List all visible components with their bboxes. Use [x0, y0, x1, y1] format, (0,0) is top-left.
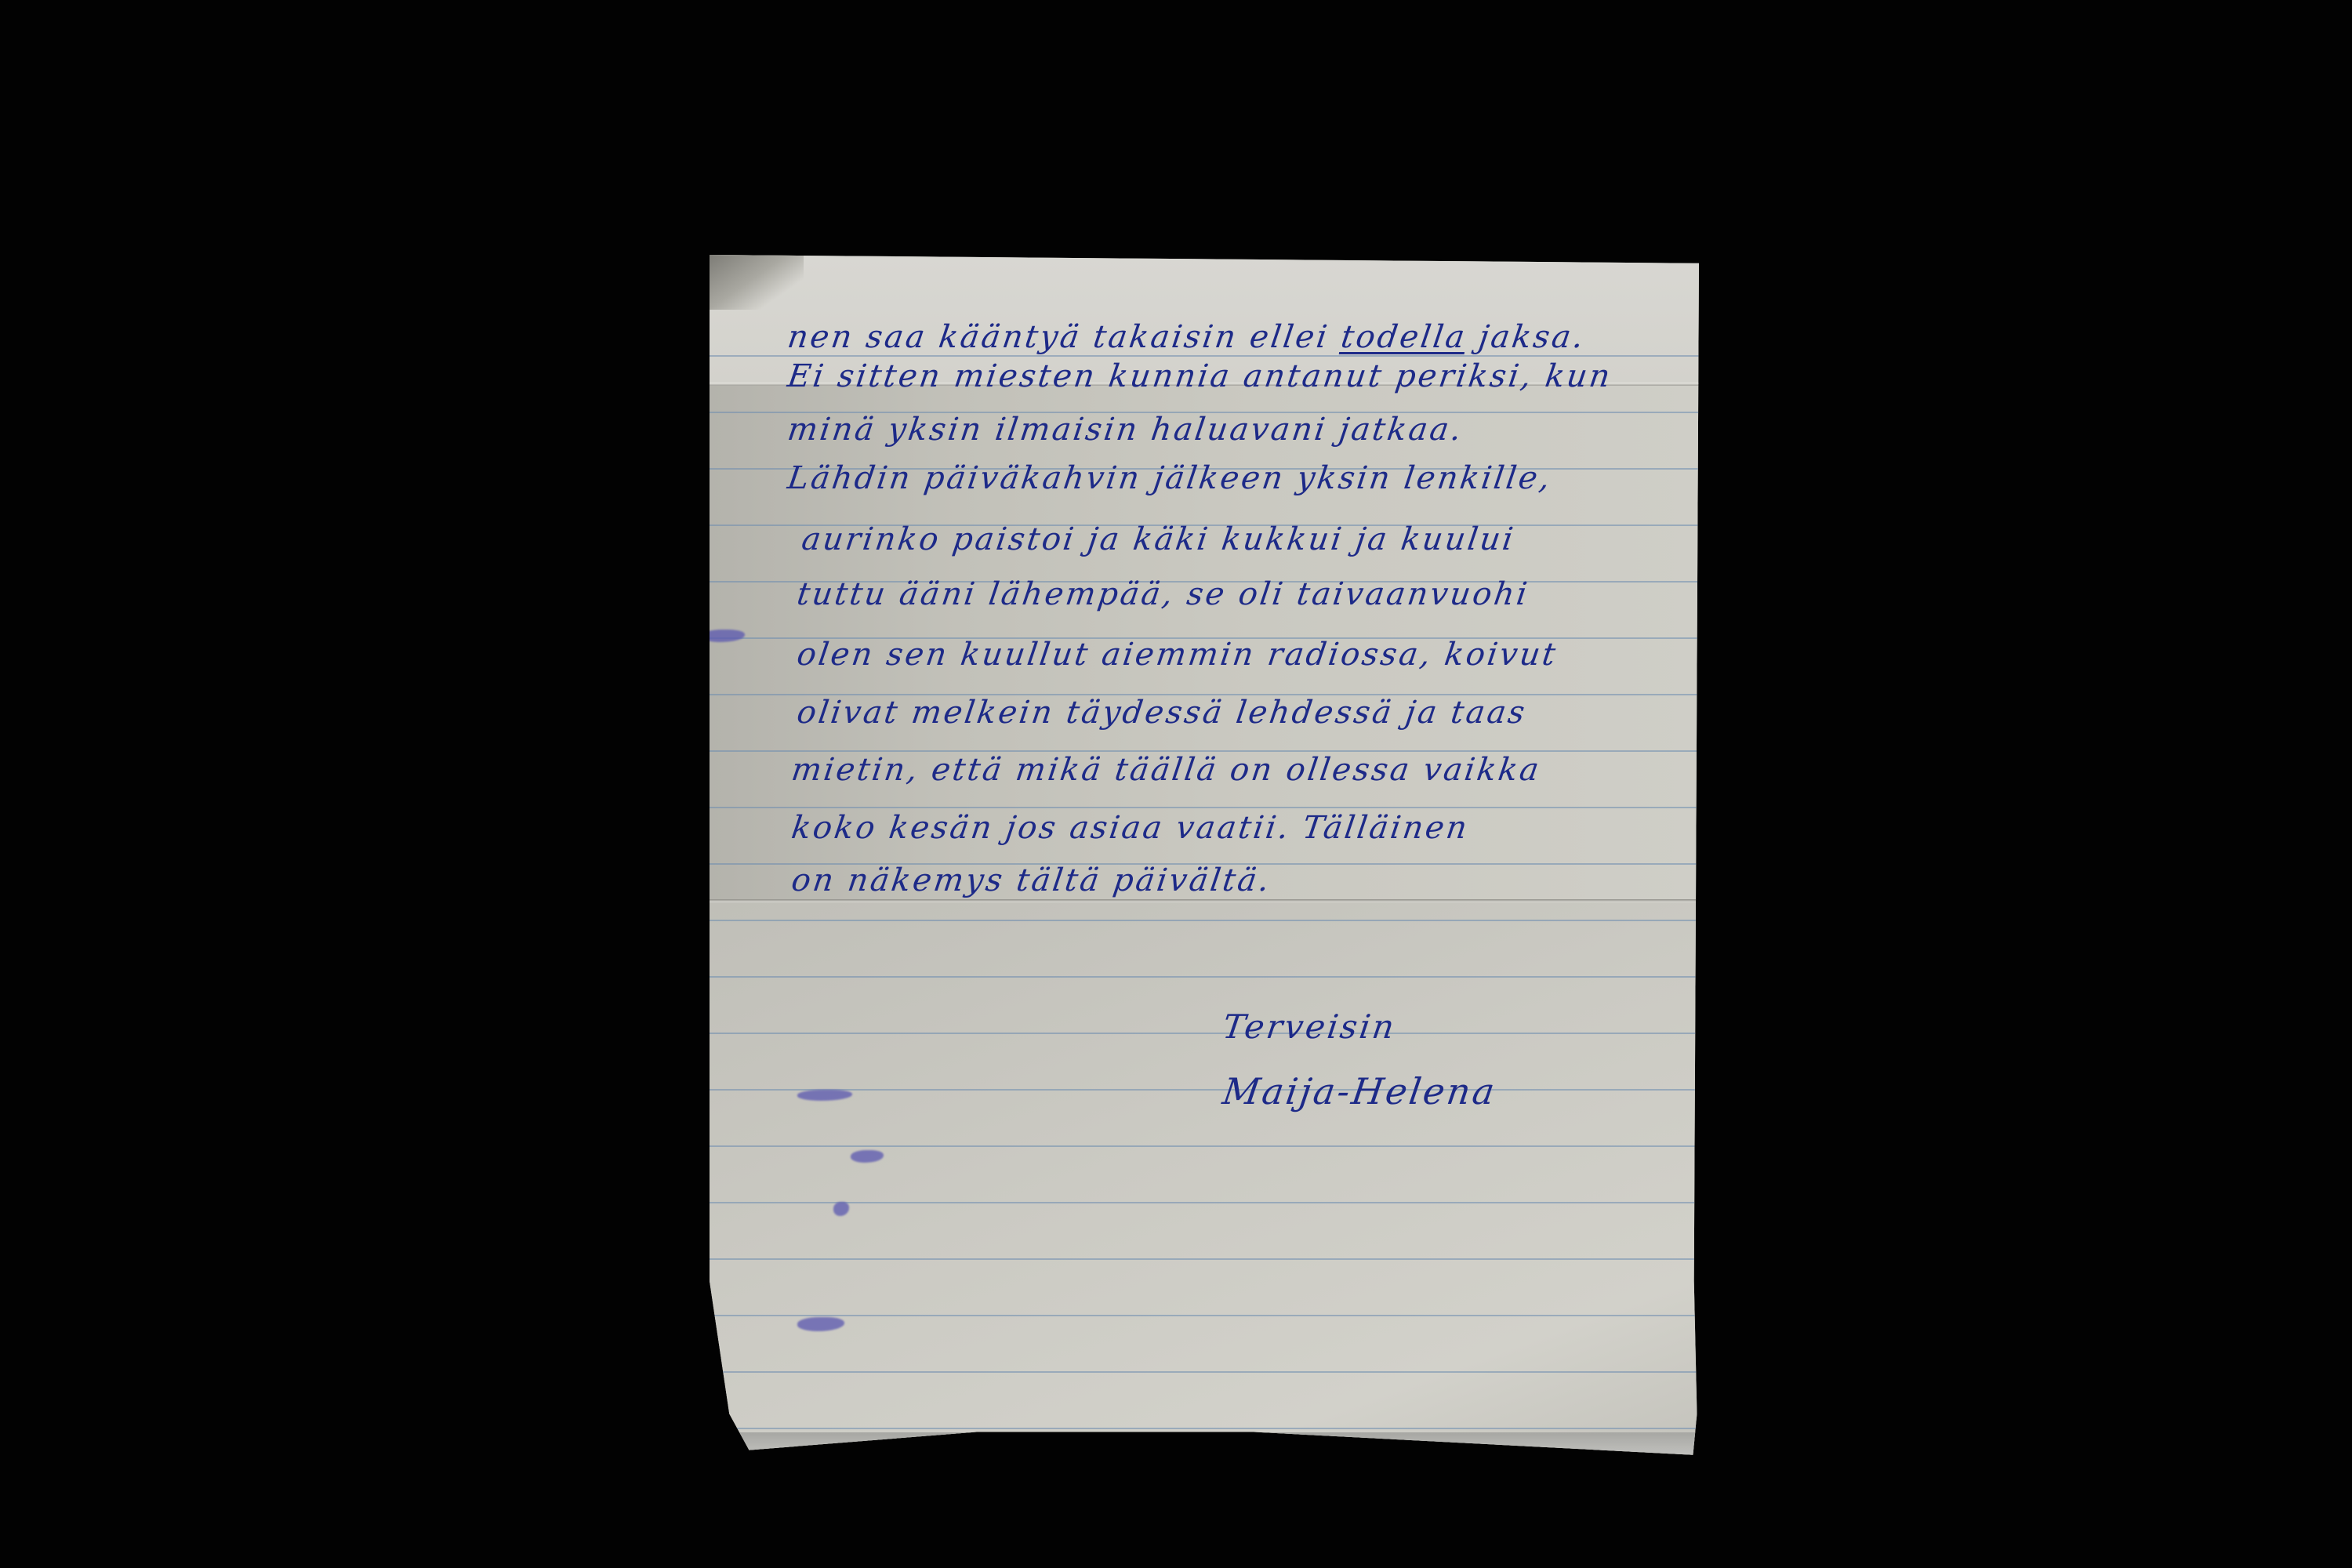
letter-line: minä yksin ilmaisin haluavani jatkaa.: [786, 412, 1466, 448]
ruled-line: [710, 976, 1699, 978]
closing-greeting: Terveisin: [1221, 1007, 1399, 1046]
ruled-line: [710, 1258, 1699, 1260]
line-text: minä yksin ilmaisin haluavani jatkaa.: [786, 412, 1466, 448]
paper-bottom-edge: [710, 1432, 1699, 1462]
line-text: nen saa kääntyä takaisin ellei: [786, 319, 1344, 355]
ruled-line: [710, 920, 1699, 921]
ruled-line: [710, 355, 1699, 357]
ruled-line: [710, 1145, 1699, 1147]
letter-line: Ei sitten miesten kunnia antanut periksi…: [786, 358, 1615, 394]
letter-line: Lähdin päiväkahvin jälkeen yksin lenkill…: [786, 460, 1555, 496]
letter-line: on näkemys tältä päivältä.: [789, 862, 1274, 898]
ruled-line: [710, 1202, 1699, 1203]
bottom-fold-panel: [710, 902, 1699, 1462]
line-text: koko kesän jos asiaa vaatii. Tälläinen: [789, 810, 1472, 846]
ruled-line: [710, 1371, 1699, 1373]
signature: Maija-Helena: [1220, 1070, 1499, 1112]
line-text: aurinko paistoi ja käki kukkui ja kuului: [800, 521, 1518, 557]
letter-line: olen sen kuullut aiemmin radiossa, koivu…: [795, 637, 1560, 673]
corner-shadow: [710, 255, 804, 310]
ruled-line: [710, 1428, 1699, 1429]
underlined-word: todella: [1339, 319, 1469, 355]
letter-line: olivat melkein täydessä lehdessä ja taas: [795, 695, 1530, 731]
letter-line: aurinko paistoi ja käki kukkui ja kuului: [800, 521, 1518, 557]
letter-sheet: nen saa kääntyä takaisin ellei todella j…: [710, 255, 1699, 1462]
ruled-line: [710, 807, 1699, 808]
line-text: jaksa.: [1464, 319, 1588, 355]
letter-line: koko kesän jos asiaa vaatii. Tälläinen: [789, 810, 1472, 846]
line-text: olivat melkein täydessä lehdessä ja taas: [795, 695, 1530, 731]
ruled-line: [710, 1089, 1699, 1091]
ruled-line: [710, 1033, 1699, 1034]
line-text: tuttu ääni lähempää, se oli taivaanvuohi: [795, 576, 1532, 612]
line-text: mietin, että mikä täällä on ollessa vaik…: [789, 752, 1544, 788]
letter-line: mietin, että mikä täällä on ollessa vaik…: [789, 752, 1544, 788]
photo-background: nen saa kääntyä takaisin ellei todella j…: [0, 0, 2352, 1568]
line-text: Lähdin päiväkahvin jälkeen yksin lenkill…: [786, 460, 1555, 496]
letter-line: nen saa kääntyä takaisin ellei todella j…: [786, 319, 1588, 355]
letter-line: tuttu ääni lähempää, se oli taivaanvuohi: [795, 576, 1532, 612]
ruled-line: [710, 1315, 1699, 1316]
line-text: olen sen kuullut aiemmin radiossa, koivu…: [795, 637, 1560, 673]
line-text: on näkemys tältä päivältä.: [789, 862, 1274, 898]
line-text: Ei sitten miesten kunnia antanut periksi…: [786, 358, 1615, 394]
